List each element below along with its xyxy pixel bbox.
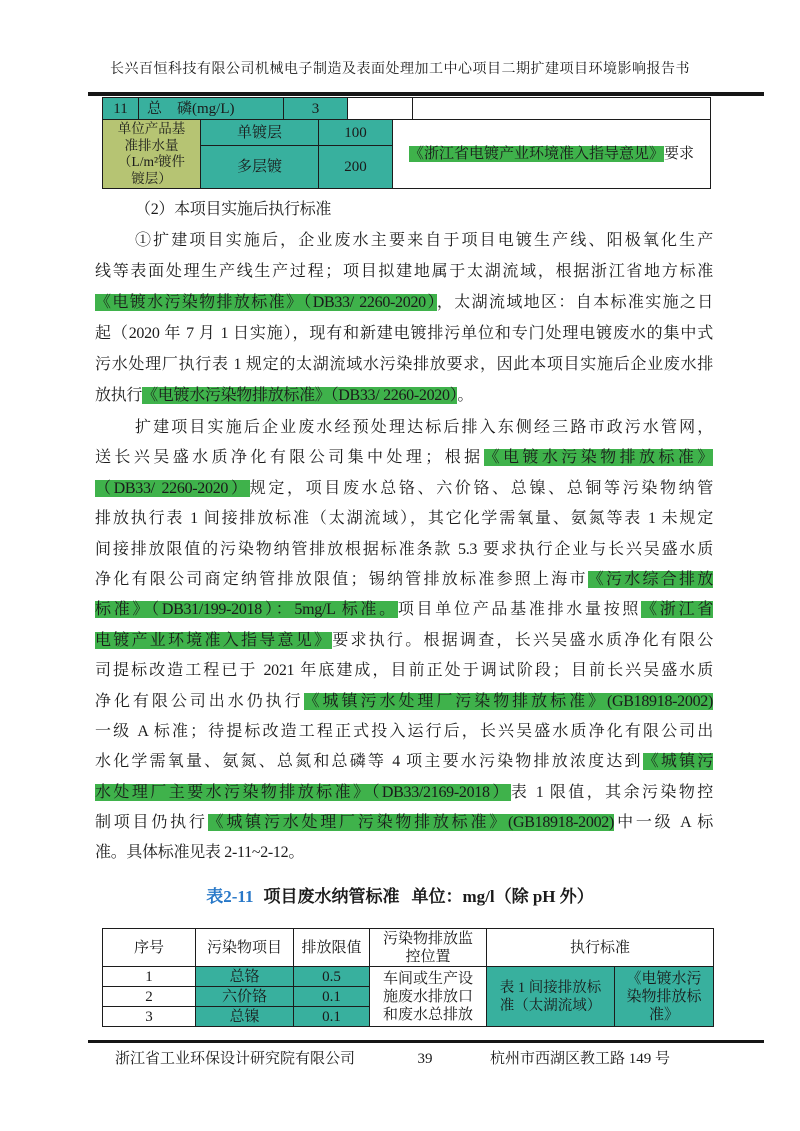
caption-title: 项目废水纳管标准 <box>263 887 399 906</box>
text-segment: 一级 A 标准；待提标改造工程正式投入运行后，长兴吴盛水质净化有限公司出 <box>95 723 713 740</box>
highlighted-text: 《电镀水污染物排放标准》 <box>484 449 713 466</box>
text-segment: 准。具体标准见表 2-11~2-12。 <box>95 844 304 861</box>
text-line: 水化学需氧量、氨氮、总氮和总磷等 4 项主要水污染物排放浓度达到《城镇污 <box>95 747 713 777</box>
discharge-standards-table: 序号 污染物项目 排放限值 污染物排放监 控位置 执行标准 1 总铬 0.5 车… <box>102 928 714 1027</box>
cell-pollutant-hexavalent-chromium: 六价铬 <box>196 987 294 1007</box>
text-segment: 要求 <box>664 146 694 162</box>
highlighted-text: 《浙江省 <box>641 601 713 618</box>
table-header-row: 序号 污染物项目 排放限值 污染物排放监 控位置 执行标准 <box>103 929 714 967</box>
cell-seq-11: 11 <box>103 98 139 120</box>
caption-label: 表2-11 <box>206 887 253 906</box>
cell-limit-3: 3 <box>284 98 348 120</box>
text-segment: 线等表面处理生产线生产过程；项目拟建地属于太湖流域，根据浙江省地方标准 <box>95 263 713 280</box>
table-caption: 表2-11项目废水纳管标准单位：mg/l（除 pH 外） <box>0 883 800 911</box>
footer-company: 浙江省工业环保设计研究院有限公司 <box>115 1048 355 1070</box>
highlighted-text: 《城镇污水处理厂污染物排放标准》(GB18918-2002) <box>304 693 713 710</box>
cell-single-layer: 单镀层 <box>201 120 319 146</box>
cell-limit-value: 0.1 <box>294 987 370 1007</box>
text-line: 放执行《电镀水污染物排放标准》（DB33/ 2260-2020）。 <box>95 380 713 411</box>
text-segment: 规定，项目废水总铬、六价铬、总镍、总铜等污染物纳管 <box>250 480 713 497</box>
section-heading: （2）本项目实施后执行标准 <box>95 194 713 225</box>
table-row: 1 总铬 0.5 车间或生产设 施废水排放口 和废水总排放 表 1 间接排放标 … <box>103 967 714 987</box>
col-pollutant: 污染物项目 <box>196 929 294 967</box>
report-page: 长兴百恒科技有限公司机械电子制造及表面处理加工中心项目二期扩建项目环境影响报告书… <box>0 0 800 1131</box>
text-segment: 排放执行表 1 间接排放标准（太湖流域），其它化学需氧量、氨氮等表 1 未规定 <box>95 510 713 527</box>
text-line: 《电镀水污染物排放标准》（DB33/ 2260-2020），太湖流域地区：自本标… <box>95 287 713 318</box>
text-segment: 送长兴吴盛水质净化有限公司集中处理；根据 <box>95 449 484 466</box>
text-line: （DB33/ 2260-2020）规定，项目废水总铬、六价铬、总镍、总铜等污染物… <box>95 474 713 504</box>
text-line: 净化有限公司出水仍执行《城镇污水处理厂污染物排放标准》(GB18918-2002… <box>95 687 713 717</box>
highlighted-text: 《城镇污 <box>643 753 713 770</box>
text-segment: 水化学需氧量、氨氮、总氮和总磷等 4 项主要水污染物排放浓度达到 <box>95 753 643 770</box>
standards-table-top: 11 总 磷(mg/L) 3 单位产品基 准排水量 （L/m²镀件 镀层） 单镀… <box>102 97 711 189</box>
text-segment: 要求执行。根据调查，长兴吴盛水质净化有限公 <box>332 632 713 649</box>
cell-limit-value: 0.5 <box>294 967 370 987</box>
cell-pollutant-total-nickel: 总镍 <box>196 1007 294 1027</box>
text-line: 制项目仍执行《城镇污水处理厂污染物排放标准》(GB18918-2002)中一级 … <box>95 808 713 838</box>
text-line: 净化有限公司商定纳管排放限值；锡纳管排放标准参照上海市《污水综合排放 <box>95 565 713 595</box>
cell-multi-layer: 多层镀 <box>201 146 319 189</box>
text-line: 电镀产业环境准入指导意见》要求执行。根据调查，长兴吴盛水质净化有限公 <box>95 626 713 656</box>
footer-page-number: 39 <box>405 1048 445 1070</box>
text-segment: 间接排放限值的污染物纳管排放根据标准条款 5.3 要求执行企业与长兴吴盛水质 <box>95 541 713 558</box>
table-row: 11 总 磷(mg/L) 3 <box>103 98 711 120</box>
highlighted-text: 《浙江省电镀产业环境准入指导意见》 <box>409 146 664 162</box>
header-rule <box>88 92 764 96</box>
text-segment: 起（2020 年 7 月 1 日实施），现有和新建电镀排污单位和专门处理电镀废水… <box>95 325 713 342</box>
text-segment: 。 <box>457 387 473 404</box>
footer-address: 杭州市西湖区教工路 149 号 <box>490 1048 670 1070</box>
highlighted-text: 电镀产业环境准入指导意见》 <box>95 632 332 649</box>
col-monitor-position: 污染物排放监 控位置 <box>370 929 487 967</box>
highlighted-text: （DB33/ 2260-2020） <box>95 480 250 497</box>
paragraph-2: 扩建项目实施后企业废水经预处理达标后排入东侧经三路市政污水管网，送长兴吴盛水质净… <box>95 413 713 869</box>
text-segment: 中一级 A 标 <box>614 814 713 831</box>
cell-unit-discharge-label: 单位产品基 准排水量 （L/m²镀件 镀层） <box>103 120 201 189</box>
text-line: 污水处理厂执行表 1 规定的太湖流域水污染排放要求，因此本项目实施后企业废水排 <box>95 349 713 380</box>
text-segment: ①扩建项目实施后，企业废水主要来自于项目电镀生产线、阳极氧化生产 <box>135 232 713 249</box>
highlighted-text: 《电镀水污染物排放标准》（DB33/ 2260-2020） <box>142 387 457 404</box>
col-standard: 执行标准 <box>487 929 714 967</box>
cell-empty-2 <box>413 98 711 120</box>
highlighted-text: 《城镇污水处理厂污染物排放标准》(GB18918-2002) <box>208 814 614 831</box>
text-segment: 表 1 限值，其余污染物控 <box>511 784 713 801</box>
text-line: 线等表面处理生产线生产过程；项目拟建地属于太湖流域，根据浙江省地方标准 <box>95 256 713 287</box>
text-line: 一级 A 标准；待提标改造工程正式投入运行后，长兴吴盛水质净化有限公司出 <box>95 717 713 747</box>
text-line: 准。具体标准见表 2-11~2-12。 <box>95 838 713 868</box>
cell-standard-indirect: 表 1 间接排放标 准（太湖流域） <box>487 967 615 1027</box>
text-line: ①扩建项目实施后，企业废水主要来自于项目电镀生产线、阳极氧化生产 <box>95 225 713 256</box>
text-segment: 项目单位产品基准排水量按照 <box>398 601 641 618</box>
cell-seq: 1 <box>103 967 196 987</box>
text-segment: 扩建项目实施后企业废水经预处理达标后排入东侧经三路市政污水管网， <box>135 419 713 436</box>
footer-rule <box>88 1040 764 1043</box>
table-row: 单位产品基 准排水量 （L/m²镀件 镀层） 单镀层 100 《浙江省电镀产业环… <box>103 120 711 146</box>
highlighted-text: 水处理厂主要水污染物排放标准》（DB33/2169-2018） <box>95 784 511 801</box>
text-segment: 放执行 <box>95 387 142 404</box>
text-segment: 净化有限公司出水仍执行 <box>95 693 304 710</box>
highlighted-text: 《电镀水污染物排放标准》（DB33/ 2260-2020） <box>95 294 437 311</box>
paragraph-1: ①扩建项目实施后，企业废水主要来自于项目电镀生产线、阳极氧化生产线等表面处理生产… <box>95 225 713 411</box>
highlighted-text: 《污水综合排放 <box>588 571 713 588</box>
text-line: 起（2020 年 7 月 1 日实施），现有和新建电镀排污单位和专门处理电镀废水… <box>95 318 713 349</box>
text-line: 水处理厂主要水污染物排放标准》（DB33/2169-2018）表 1 限值，其余… <box>95 778 713 808</box>
cell-item-total-phosphorus: 总 磷(mg/L) <box>139 98 284 120</box>
text-line: 扩建项目实施后企业废水经预处理达标后排入东侧经三路市政污水管网， <box>95 413 713 443</box>
cell-pollutant-total-chromium: 总铬 <box>196 967 294 987</box>
text-segment: 制项目仍执行 <box>95 814 208 831</box>
highlighted-text: 标准》（DB31/199-2018）：5mg/L 标准。 <box>95 601 398 618</box>
text-line: 间接排放限值的污染物纳管排放根据标准条款 5.3 要求执行企业与长兴吴盛水质 <box>95 535 713 565</box>
page-header-title: 长兴百恒科技有限公司机械电子制造及表面处理加工中心项目二期扩建项目环境影响报告书 <box>0 58 800 78</box>
cell-limit-value: 0.1 <box>294 1007 370 1027</box>
text-segment: 污水处理厂执行表 1 规定的太湖流域水污染排放要求，因此本项目实施后企业废水排 <box>95 356 713 373</box>
cell-value-200: 200 <box>319 146 393 189</box>
cell-empty-1 <box>348 98 413 120</box>
text-line: 标准》（DB31/199-2018）：5mg/L 标准。项目单位产品基准排水量按… <box>95 595 713 625</box>
cell-seq: 2 <box>103 987 196 1007</box>
col-seq: 序号 <box>103 929 196 967</box>
cell-value-100: 100 <box>319 120 393 146</box>
cell-guideline-requirement: 《浙江省电镀产业环境准入指导意见》要求 <box>393 120 711 189</box>
col-limit: 排放限值 <box>294 929 370 967</box>
caption-unit: 单位：mg/l（除 pH 外） <box>411 887 593 906</box>
text-line: 司提标改造工程已于 2021 年底建成，目前正处于调试阶段；目前长兴吴盛水质 <box>95 656 713 686</box>
text-segment: 净化有限公司商定纳管排放限值；锡纳管排放标准参照上海市 <box>95 571 588 588</box>
text-line: 送长兴吴盛水质净化有限公司集中处理；根据《电镀水污染物排放标准》 <box>95 443 713 473</box>
cell-seq: 3 <box>103 1007 196 1027</box>
cell-monitor-position: 车间或生产设 施废水排放口 和废水总排放 <box>370 967 487 1027</box>
text-segment: 司提标改造工程已于 2021 年底建成，目前正处于调试阶段；目前长兴吴盛水质 <box>95 662 713 679</box>
text-segment: ，太湖流域地区：自本标准实施之日 <box>437 294 713 311</box>
cell-standard-name: 《电镀水污 染物排放标 准》 <box>615 967 714 1027</box>
text-line: 排放执行表 1 间接排放标准（太湖流域），其它化学需氧量、氨氮等表 1 未规定 <box>95 504 713 534</box>
